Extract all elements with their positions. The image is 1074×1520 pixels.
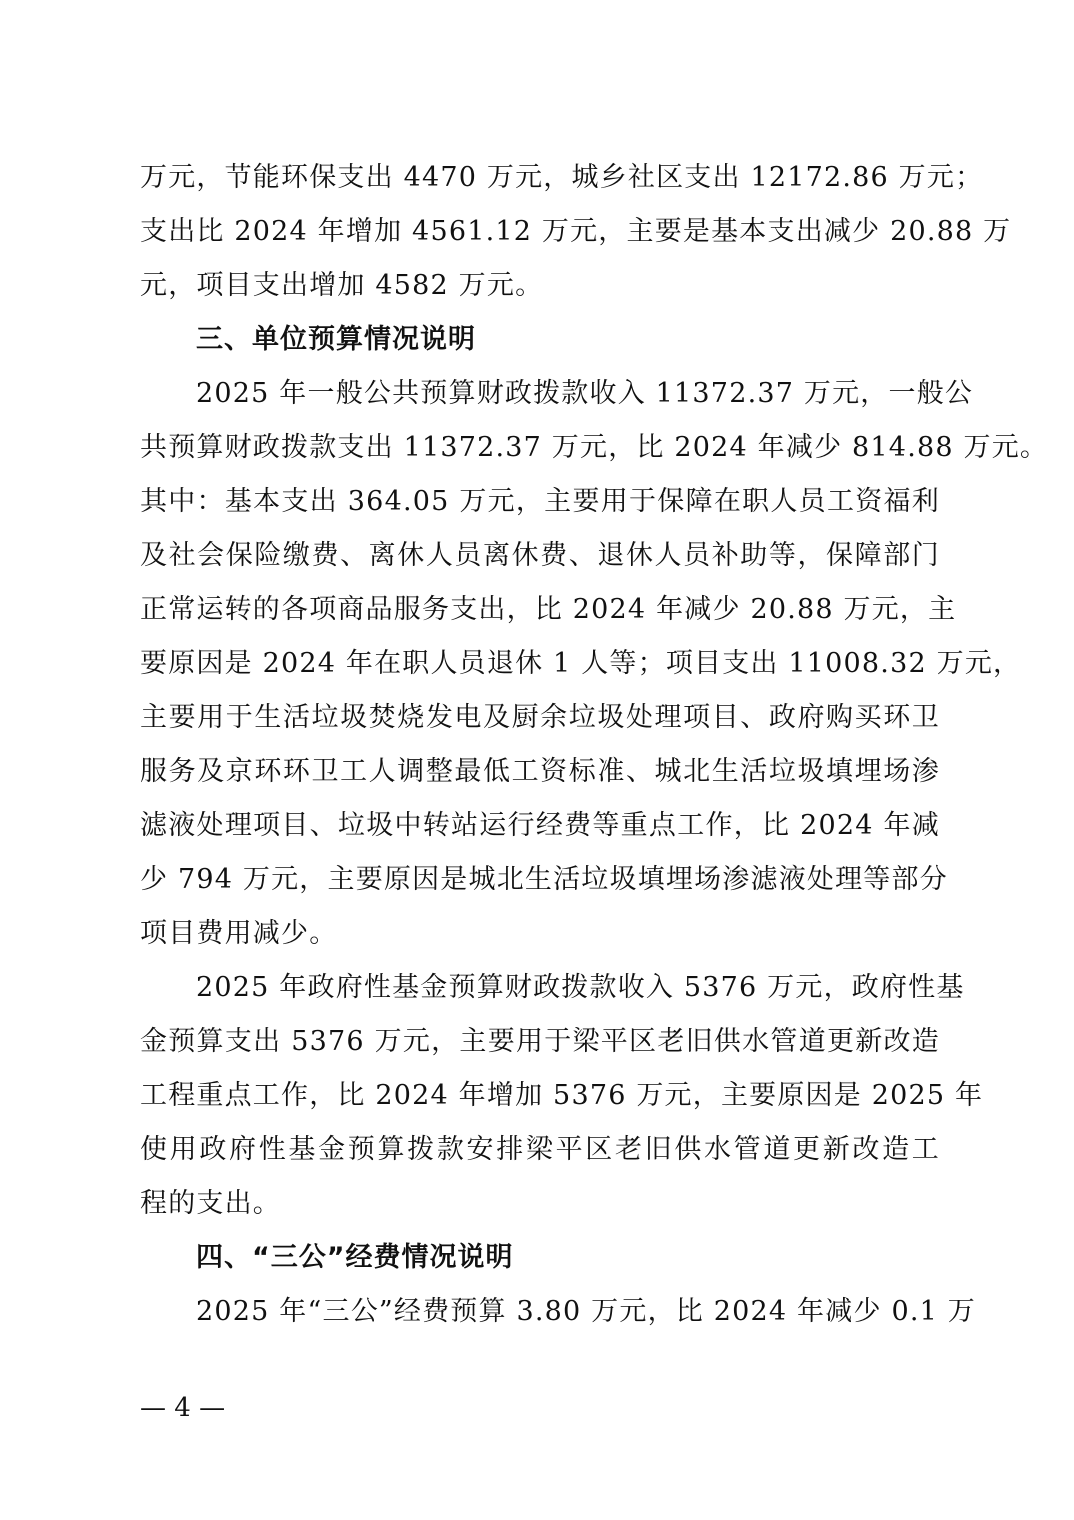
- text-line: 主要用于生活垃圾焚烧发电及厨余垃圾处理项目、政府购买环卫: [140, 698, 940, 738]
- text-line: 少 794 万元，主要原因是城北生活垃圾填埋场渗滤液处理等部分: [140, 860, 940, 900]
- text-line: 及社会保险缴费、离休人员离休费、退休人员补助等，保障部门: [140, 536, 940, 576]
- text-line: 万元，节能环保支出 4470 万元，城乡社区支出 12172.86 万元；: [140, 158, 940, 198]
- text-line: 服务及京环环卫工人调整最低工资标准、城北生活垃圾填埋场渗: [140, 752, 940, 792]
- text-line: 工程重点工作，比 2024 年增加 5376 万元，主要原因是 2025 年: [140, 1076, 940, 1116]
- text-line: 2025 年一般公共预算财政拨款收入 11372.37 万元，一般公: [196, 374, 940, 414]
- section-heading-three-public-expenses: 四、“三公”经费情况说明: [196, 1238, 514, 1278]
- text-line: 金预算支出 5376 万元，主要用于梁平区老旧供水管道更新改造: [140, 1022, 940, 1062]
- text-line: 其中：基本支出 364.05 万元，主要用于保障在职人员工资福利: [140, 482, 940, 522]
- text-line: 2025 年“三公”经费预算 3.80 万元，比 2024 年减少 0.1 万: [196, 1292, 940, 1332]
- document-page: 万元，节能环保支出 4470 万元，城乡社区支出 12172.86 万元； 支出…: [0, 0, 1074, 1520]
- text-line: 共预算财政拨款支出 11372.37 万元，比 2024 年减少 814.88 …: [140, 428, 940, 468]
- text-line: 滤液处理项目、垃圾中转站运行经费等重点工作，比 2024 年减: [140, 806, 940, 846]
- text-line: 程的支出。: [140, 1184, 940, 1224]
- text-line: 元，项目支出增加 4582 万元。: [140, 266, 940, 306]
- text-line: 使用政府性基金预算拨款安排梁平区老旧供水管道更新改造工: [140, 1130, 940, 1170]
- section-heading-unit-budget: 三、单位预算情况说明: [196, 320, 476, 360]
- text-line: 支出比 2024 年增加 4561.12 万元，主要是基本支出减少 20.88 …: [140, 212, 940, 252]
- page-number: — 4 —: [140, 1390, 225, 1426]
- text-line: 项目费用减少。: [140, 914, 940, 954]
- text-line: 2025 年政府性基金预算财政拨款收入 5376 万元，政府性基: [196, 968, 940, 1008]
- text-line: 正常运转的各项商品服务支出，比 2024 年减少 20.88 万元，主: [140, 590, 940, 630]
- text-line: 要原因是 2024 年在职人员退休 1 人等；项目支出 11008.32 万元，: [140, 644, 940, 684]
